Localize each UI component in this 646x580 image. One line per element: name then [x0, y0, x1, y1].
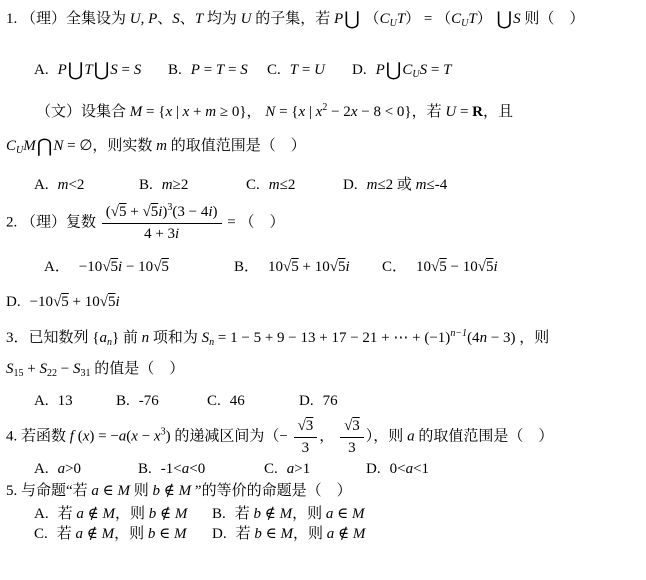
radical-sign-icon: √ [142, 204, 150, 220]
text-run: (4 [467, 330, 480, 346]
option-label: C. [264, 461, 278, 477]
option-label: A. [34, 393, 49, 409]
text-run: = [200, 62, 216, 78]
fraction: √33 [294, 417, 318, 458]
math-variable: C [380, 11, 390, 27]
math-variable: i [493, 259, 497, 275]
text-run: ，则 [292, 506, 326, 522]
math-variable: C [6, 138, 16, 154]
text-run: + [189, 104, 205, 120]
option: D.P⋃CUS = T [352, 59, 451, 84]
fraction-denominator: 4 + 3i [102, 224, 222, 244]
text-run: ） = （ [405, 11, 451, 27]
text-run: >1 [294, 461, 310, 477]
text-run: 76 [323, 393, 338, 409]
text-run: } 前 [112, 330, 142, 346]
math-variable: N [265, 104, 275, 120]
option: B．10√5 + 10√5i [234, 258, 382, 278]
math-variable: x [154, 429, 161, 445]
text-run: ”的等价的命题是（ ） [191, 483, 351, 499]
q3-options: A.13B.-76C.46D.76 [6, 392, 642, 412]
fraction-denominator: 3 [340, 438, 364, 458]
text-run: ，则 [115, 506, 149, 522]
fraction-denominator: 3 [294, 438, 318, 458]
math-variable: M [175, 506, 188, 522]
radicand: 3 [352, 418, 360, 434]
text-run: 10 [268, 259, 283, 275]
subscript: U [412, 69, 419, 80]
option-label: D. [299, 393, 314, 409]
text-run: 3 [302, 440, 310, 456]
text-run: ≥ 0}， [216, 104, 265, 120]
text-run: 、 [157, 11, 172, 27]
option-label: A. [34, 177, 49, 193]
text-run: | [172, 104, 183, 120]
math-variable: b [153, 483, 161, 499]
math-variable: i [175, 226, 179, 242]
text-run: = [118, 62, 134, 78]
fraction: √33 [340, 417, 364, 458]
option: B.m≥2 [139, 176, 246, 196]
bold-symbol: R [472, 104, 483, 120]
math-variable: C [451, 11, 461, 27]
text-run: ∉ [160, 483, 179, 499]
option: B.-76 [116, 392, 207, 412]
q5-options-cd: C.若 a ∉ M，则 b ∈ MD.若 b ∈ M，则 a ∉ M [6, 525, 642, 545]
math-variable: S [172, 11, 180, 27]
big-operator: ⋃ [67, 60, 85, 81]
math-variable: m [162, 177, 173, 193]
option-label: C． [382, 259, 407, 275]
text-run: <0 [189, 461, 205, 477]
math-variable: M [280, 526, 293, 542]
text-run: ( [74, 429, 83, 445]
radicand: 5 [119, 204, 127, 220]
subscript: U [390, 18, 397, 29]
text-run: ∈ [262, 526, 281, 542]
option-label: C. [246, 177, 260, 193]
q5-stem: 5. 与命题“若 a ∈ M 则 b ∉ M ”的等价的命题是（ ） [6, 482, 642, 502]
math-variable: T [216, 62, 224, 78]
math-variable: a [76, 526, 84, 542]
text-run: | [305, 104, 316, 120]
math-variable: P [376, 62, 385, 78]
option-label: A. [34, 62, 49, 78]
option-label: C. [267, 62, 281, 78]
math-variable: n [480, 330, 488, 346]
sqrt-radical: √5 [100, 294, 116, 310]
math-variable: m [416, 177, 427, 193]
math-variable: m [58, 177, 69, 193]
text-run: = [427, 62, 443, 78]
q3-stem-2: S15 + S22 − S31 的值是（ ） [6, 360, 642, 380]
math-variable: T [84, 62, 92, 78]
option-label: C. [207, 393, 221, 409]
text-run: 3 [348, 440, 356, 456]
text-run: 10 [416, 259, 431, 275]
text-run: 13 [58, 393, 73, 409]
q1-lib-stem-2: CUM⋂N = ∅，则实数 m 的取值范围是（ ） [6, 135, 642, 160]
math-variable: M [118, 483, 131, 499]
text-run: 则（ ） [521, 11, 585, 27]
text-run: 的取值范围是（ ） [167, 138, 306, 154]
text-run: − 2 [327, 104, 350, 120]
text-run: ，则 [114, 526, 148, 542]
text-run: = [298, 62, 314, 78]
text-run: 的子集，若 [252, 11, 335, 27]
math-variable: M [130, 104, 143, 120]
text-run: 3．已知数列 { [6, 330, 99, 346]
math-variable: M [102, 526, 115, 542]
radical-sign-icon: √ [100, 294, 108, 310]
math-variable: a [407, 429, 415, 445]
q2-option-d: D.−10√5 + 10√5i [6, 293, 642, 313]
text-run: + 10 [69, 294, 100, 310]
math-variable: U [445, 104, 456, 120]
option: B.-1<a<0 [138, 460, 264, 480]
math-variable: T [468, 11, 476, 27]
text-run: 项和为 [149, 330, 202, 346]
q1-sci-stem: 1. （理）全集设为 U, P、S、T 均为 U 的子集，若 P⋃ （CUT） … [6, 8, 642, 33]
big-operator: ⋃ [385, 60, 403, 81]
math-variable: S [513, 11, 521, 27]
text-run: ，则 [293, 526, 327, 542]
text-run: + [127, 204, 143, 220]
text-run: + [24, 361, 40, 377]
math-variable: U [241, 11, 252, 27]
option-label: B. [116, 393, 130, 409]
option: B.P = T = S [168, 61, 267, 81]
text-run: ∈ [99, 483, 118, 499]
radicand: 5 [111, 259, 119, 275]
text-run: 、 [180, 11, 195, 27]
math-variable: b [254, 506, 262, 522]
text-run: −10 [30, 294, 53, 310]
text-run: 若 [57, 526, 76, 542]
math-variable: M [102, 506, 115, 522]
text-run: − 10 [447, 259, 478, 275]
text-run: ， [319, 429, 338, 445]
text-run: 46 [230, 393, 245, 409]
text-run: − 3) ，则 [487, 330, 549, 346]
math-variable: a [99, 330, 107, 346]
option: C.T = U [267, 61, 352, 81]
option: C.a>1 [264, 460, 366, 480]
text-run: <1 [413, 461, 429, 477]
sqrt-radical: √5 [431, 259, 447, 275]
q5-options-ab: A.若 a ∉ M，则 b ∉ MB.若 b ∉ M，则 a ∈ M [6, 505, 642, 525]
text-run: ≤2 [280, 177, 296, 193]
math-variable: m [205, 104, 216, 120]
sqrt-radical: √5 [330, 259, 346, 275]
text-run: ) [213, 204, 218, 220]
math-variable: U [130, 11, 141, 27]
text-run: , [141, 11, 149, 27]
radicand: 3 [306, 418, 314, 434]
math-variable: T [397, 11, 405, 27]
math-variable: T [443, 62, 451, 78]
text-run: = { [142, 104, 165, 120]
option-label: B. [212, 506, 226, 522]
big-operator: ⋃ [93, 60, 111, 81]
sqrt-radical: √5 [283, 259, 299, 275]
option-label: D. [366, 461, 381, 477]
text-run: = ∅，则实数 [63, 138, 156, 154]
exam-document: 1. （理）全集设为 U, P、S、T 均为 U 的子集，若 P⋃ （CUT） … [0, 0, 646, 545]
text-run: = 1 − 5 + 9 − 13 + 17 − 21 + ⋯ + (−1) [214, 330, 450, 346]
radical-sign-icon: √ [478, 259, 486, 275]
text-run: 若 [235, 506, 254, 522]
text-run: −10 [79, 259, 102, 275]
math-variable: M [23, 138, 36, 154]
math-variable: S [6, 361, 14, 377]
sqrt-radical: √5 [53, 294, 69, 310]
radical-sign-icon: √ [111, 204, 119, 220]
text-run: 0< [390, 461, 406, 477]
math-variable: a [91, 483, 99, 499]
math-variable: C [402, 62, 412, 78]
sqrt-radical: √3 [298, 418, 314, 434]
text-run: (3 − 4 [172, 204, 208, 220]
sqrt-radical: √5 [153, 259, 169, 275]
math-variable: b [254, 526, 262, 542]
q1-lib-stem: （文）设集合 M = {x | x + m ≥ 0}， N = {x | x2 … [6, 103, 642, 123]
q4-stem: 4. 若函数 f (x) = −a(x − x3) 的递减区间为（− √33， … [6, 417, 642, 458]
option: A.P⋃T⋃S = S [34, 59, 168, 84]
text-run: ∈ [333, 506, 352, 522]
fraction-numerator: √3 [340, 417, 364, 438]
math-variable: P [58, 62, 67, 78]
subscript: 15 [14, 368, 24, 379]
math-variable: U [314, 62, 325, 78]
option-label: A． [44, 259, 70, 275]
option-label: B. [139, 177, 153, 193]
math-variable: m [367, 177, 378, 193]
sqrt-radical: √3 [344, 418, 360, 434]
text-run: ∈ [155, 526, 174, 542]
option-label: D. [212, 526, 227, 542]
sqrt-radical: √5 [111, 204, 127, 220]
text-run: = [456, 104, 472, 120]
fraction-numerator: (√5 + √5i)3(3 − 4i) [102, 203, 222, 224]
option-label: C. [34, 526, 48, 542]
option: A.若 a ∉ M，则 b ∉ M [34, 505, 212, 525]
math-variable: P [334, 11, 343, 27]
text-run: 4 + 3 [144, 226, 175, 242]
option-label: B. [168, 62, 182, 78]
radicand: 5 [291, 259, 299, 275]
big-operator: ⋂ [36, 136, 54, 157]
option: A.13 [34, 392, 116, 412]
text-run: 的值是（ ） [90, 361, 184, 377]
text-run: ，且 [483, 104, 513, 120]
sqrt-radical: √5 [478, 259, 494, 275]
option: D.0<a<1 [366, 460, 429, 480]
option-label: D. [343, 177, 358, 193]
option: C.46 [207, 392, 299, 412]
option: D.若 b ∈ M，则 a ∉ M [212, 525, 365, 545]
text-run: 若 [236, 526, 255, 542]
text-run: （ [361, 11, 380, 27]
radicand: 5 [439, 259, 447, 275]
option-label: A. [34, 461, 49, 477]
option: A．−10√5i − 10√5 [44, 258, 234, 278]
big-operator: ⋃ [495, 9, 513, 30]
text-run: ∉ [83, 526, 102, 542]
text-run: − 10 [122, 259, 153, 275]
option-label: B． [234, 259, 259, 275]
math-variable: N [53, 138, 63, 154]
q2-options-abc: A．−10√5i − 10√5B．10√5 + 10√5iC．10√5 − 10… [6, 258, 642, 278]
fraction-numerator: √3 [294, 417, 318, 438]
option: B.若 b ∉ M，则 a ∈ M [212, 505, 365, 525]
text-run: ≤2 或 [377, 177, 415, 193]
text-run: ∉ [261, 506, 280, 522]
math-variable: P [148, 11, 157, 27]
text-run: ) = − [89, 429, 118, 445]
math-variable: a [406, 461, 414, 477]
math-variable: a [58, 461, 66, 477]
math-variable: M [179, 483, 192, 499]
text-run: = （ ） [224, 215, 285, 231]
option: C.m≤2 [246, 176, 343, 196]
math-variable: M [352, 506, 365, 522]
math-variable: m [156, 138, 167, 154]
math-variable: i [116, 294, 120, 310]
math-variable: i [345, 259, 349, 275]
math-variable: x [131, 429, 138, 445]
text-run: <2 [68, 177, 84, 193]
math-variable: M [353, 526, 366, 542]
text-run: 2. （理）复数 [6, 215, 100, 231]
text-run: 则 [130, 483, 153, 499]
math-variable: P [191, 62, 200, 78]
math-variable: M [174, 526, 187, 542]
math-variable: S [420, 62, 428, 78]
text-run: 5. 与命题“若 [6, 483, 91, 499]
option: C．10√5 − 10√5i [382, 258, 498, 278]
option: D.m≤2 或 m≤-4 [343, 176, 447, 196]
option-label: B. [138, 461, 152, 477]
text-run: − [138, 429, 154, 445]
math-variable: T [290, 62, 298, 78]
sqrt-radical: √5 [142, 204, 158, 220]
text-run: − [57, 361, 73, 377]
text-run: ≤-4 [427, 177, 448, 193]
text-run: （文）设集合 [36, 104, 130, 120]
math-variable: a [76, 506, 84, 522]
text-run: ∉ [156, 506, 175, 522]
sqrt-radical: √5 [102, 259, 118, 275]
text-run: ∉ [334, 526, 353, 542]
text-run: 1. （理）全集设为 [6, 11, 130, 27]
math-variable: S [134, 62, 142, 78]
radical-sign-icon: √ [283, 259, 291, 275]
text-run: = { [275, 104, 298, 120]
text-run: 若 [58, 506, 77, 522]
text-run: ) 的递减区间为（− [166, 429, 292, 445]
radical-sign-icon: √ [102, 259, 110, 275]
math-variable: M [280, 506, 293, 522]
option: C.若 a ∉ M，则 b ∈ M [34, 525, 212, 545]
text-run: ） [477, 11, 496, 27]
document-body: 1. （理）全集设为 U, P、S、T 均为 U 的子集，若 P⋃ （CUT） … [6, 8, 642, 545]
q4-options: A.a>0B.-1<a<0C.a>1D.0<a<1 [6, 460, 642, 480]
text-run: = [224, 62, 240, 78]
text-run: − 8 < 0}，若 [357, 104, 445, 120]
option: A.a>0 [34, 460, 138, 480]
text-run: -1< [161, 461, 182, 477]
option: D.76 [299, 392, 338, 412]
subscript: 22 [47, 368, 57, 379]
math-variable: S [39, 361, 47, 377]
radicand: 5 [108, 294, 116, 310]
math-variable: m [269, 177, 280, 193]
big-operator: ⋃ [343, 9, 361, 30]
q1-sci-options: A.P⋃T⋃S = SB.P = T = SC.T = UD.P⋃CUS = T [6, 59, 642, 84]
supscript: n−1 [450, 328, 467, 339]
text-run: 均为 [203, 11, 241, 27]
option: A.m<2 [34, 176, 139, 196]
text-run: 的取值范围是（ ） [415, 429, 554, 445]
text-run: 4. 若函数 [6, 429, 70, 445]
option: D.−10√5 + 10√5i [6, 293, 120, 313]
option-label: D. [352, 62, 367, 78]
text-run: -76 [139, 393, 159, 409]
q2-stem: 2. （理）复数 (√5 + √5i)3(3 − 4i)4 + 3i = （ ） [6, 203, 642, 244]
option-label: D. [6, 294, 21, 310]
radicand: 5 [161, 259, 169, 275]
text-run: >0 [65, 461, 81, 477]
subscript: 31 [80, 368, 90, 379]
radical-sign-icon: √ [431, 259, 439, 275]
text-run: ∉ [84, 506, 103, 522]
q1-lib-options: A.m<2B.m≥2C.m≤2D.m≤2 或 m≤-4 [6, 176, 642, 196]
radical-sign-icon: √ [298, 418, 306, 434]
text-run: + 10 [299, 259, 330, 275]
q3-stem: 3．已知数列 {an} 前 n 项和为 Sn = 1 − 5 + 9 − 13 … [6, 329, 642, 349]
math-variable: T [195, 11, 203, 27]
math-variable: S [110, 62, 118, 78]
text-run: ≥2 [173, 177, 189, 193]
radical-sign-icon: √ [330, 259, 338, 275]
text-run: ），则 [366, 429, 407, 445]
radicand: 5 [61, 294, 69, 310]
option-label: A. [34, 506, 49, 522]
fraction: (√5 + √5i)3(3 − 4i)4 + 3i [102, 203, 222, 244]
math-variable: S [240, 62, 248, 78]
